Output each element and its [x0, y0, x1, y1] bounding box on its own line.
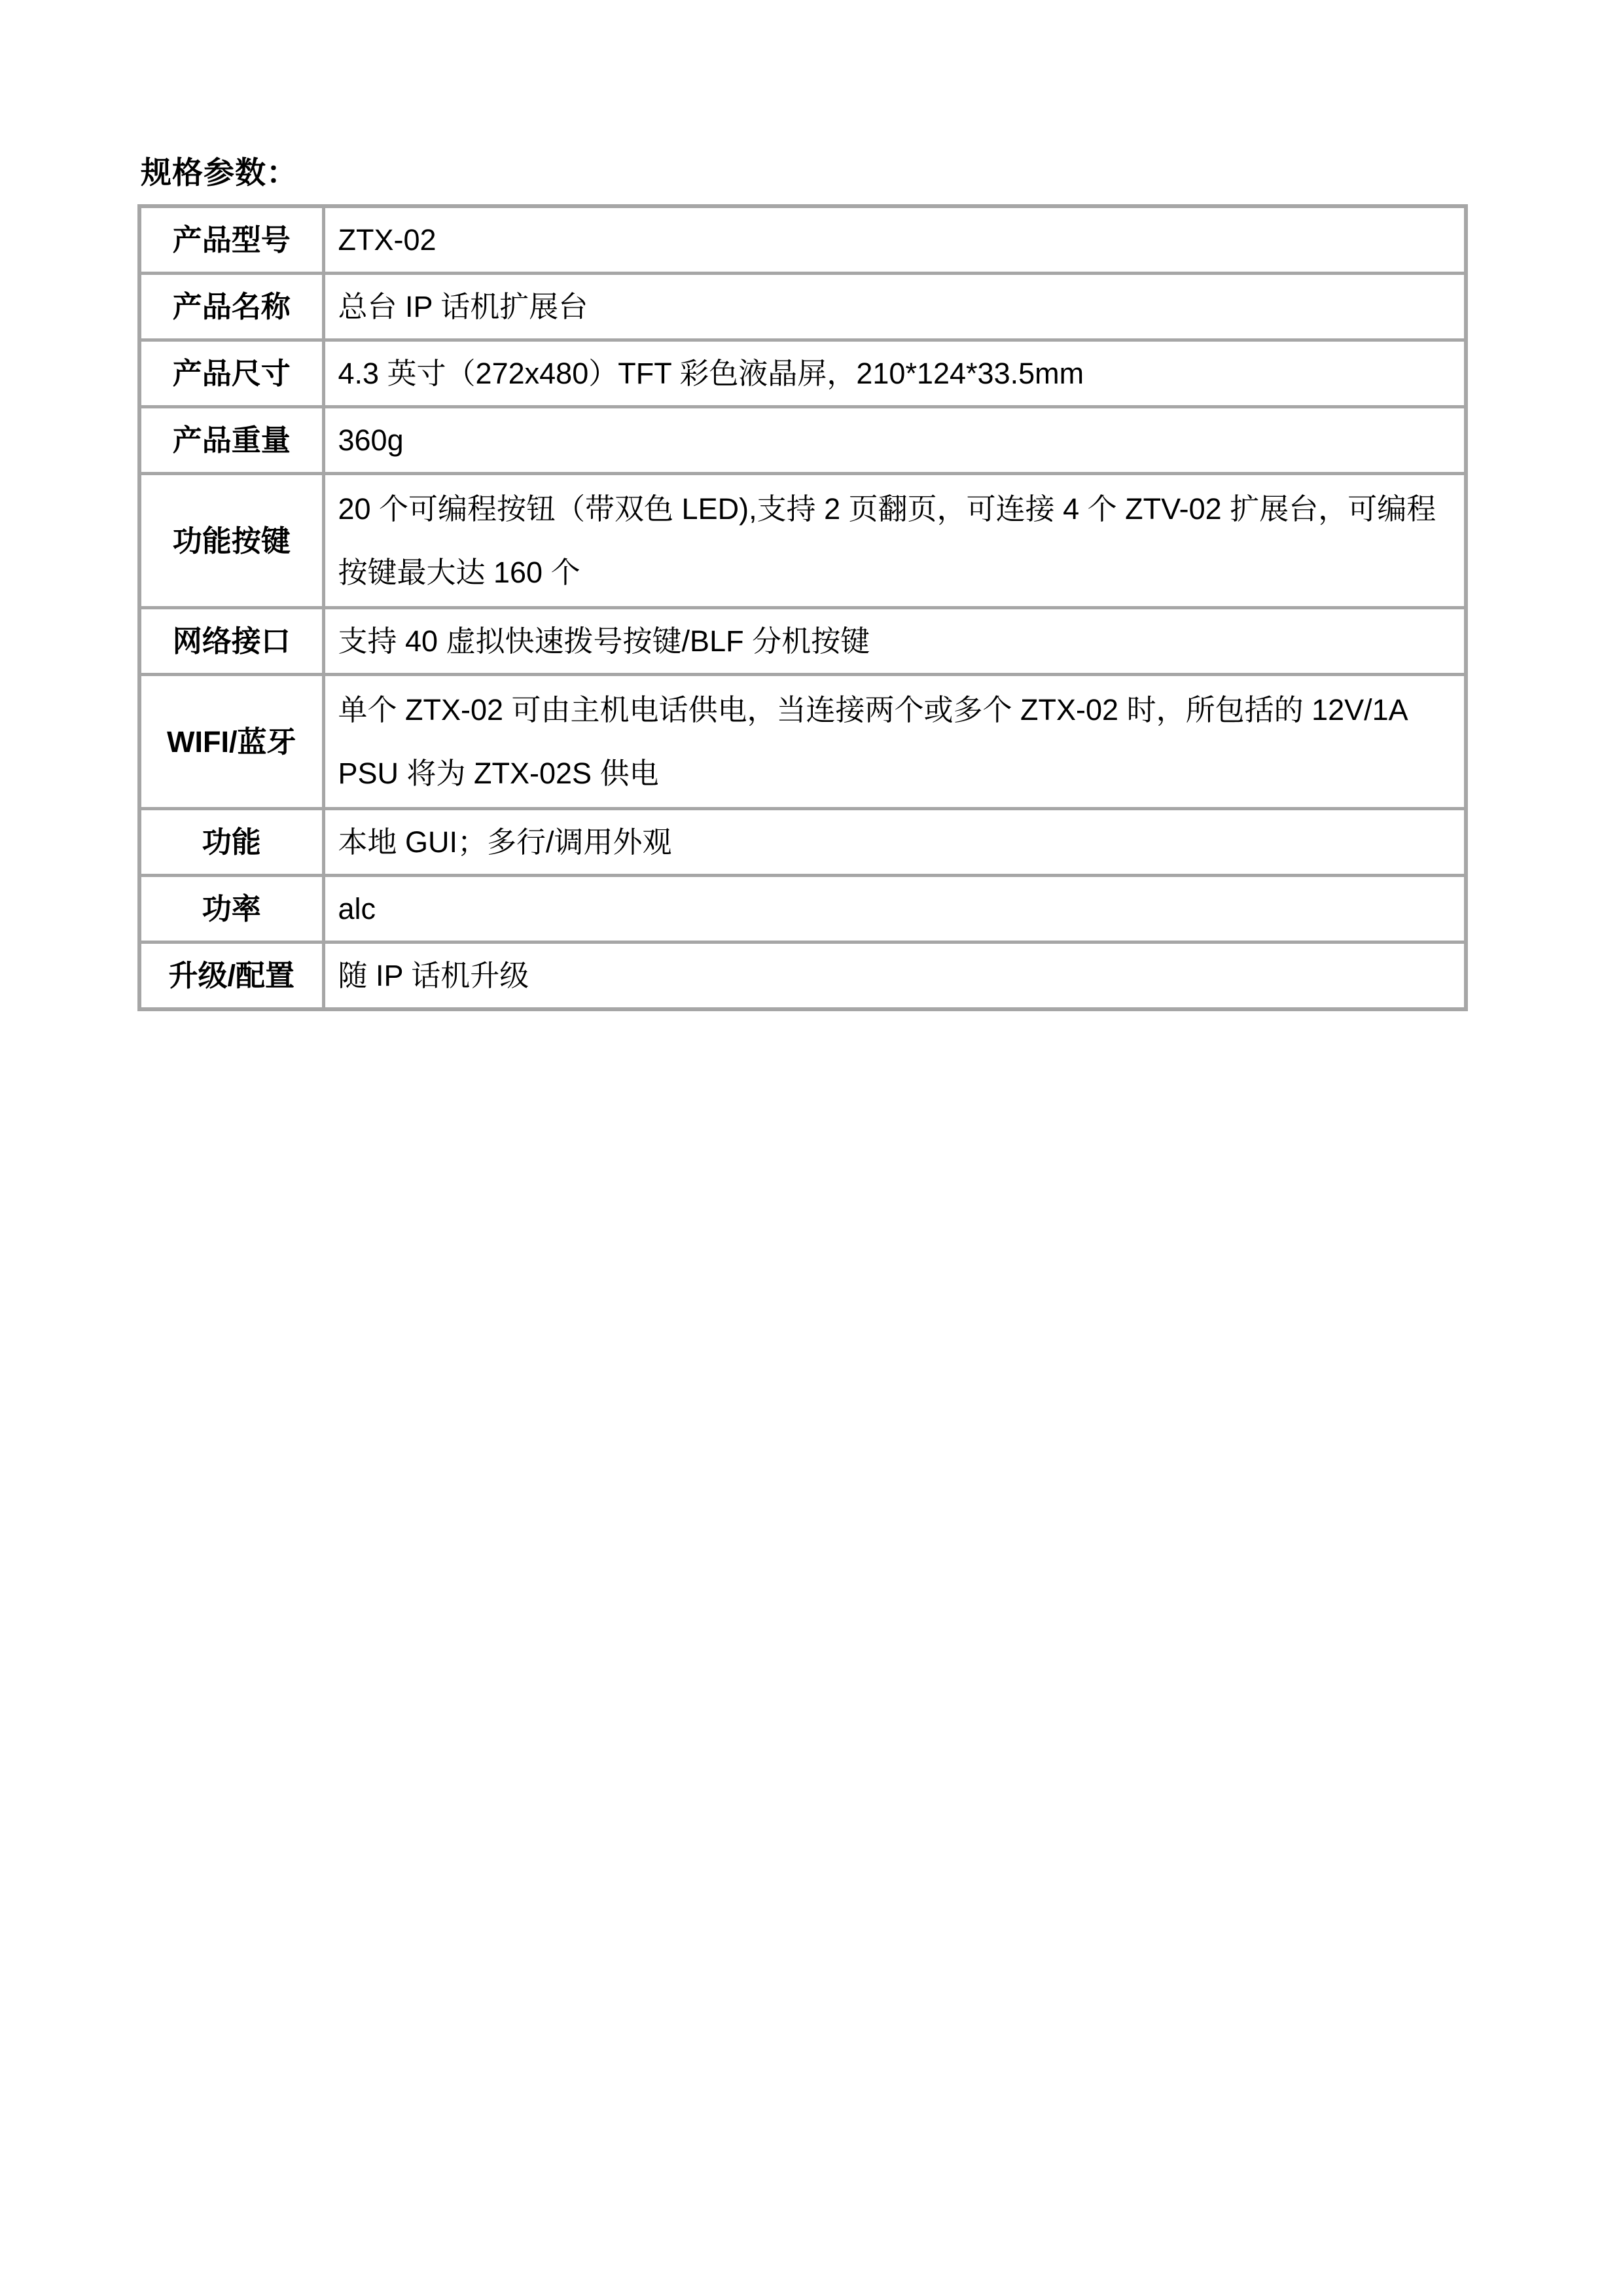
table-row: 功能 本地 GUI；多行/调用外观 [139, 809, 1466, 876]
table-row: 产品型号 ZTX-02 [139, 206, 1466, 274]
spec-value: 随 IP 话机升级 [323, 942, 1466, 1010]
spec-label: 功能 [139, 809, 323, 876]
spec-value: alc [323, 876, 1466, 942]
table-row: 产品重量 360g [139, 407, 1466, 474]
table-row: 产品尺寸 4.3 英寸（272x480）TFT 彩色液晶屏，210*124*33… [139, 340, 1466, 407]
spec-label: 升级/配置 [139, 942, 323, 1010]
spec-label: 网络接口 [139, 608, 323, 675]
spec-label: 产品尺寸 [139, 340, 323, 407]
spec-label: 功率 [139, 876, 323, 942]
spec-value: 4.3 英寸（272x480）TFT 彩色液晶屏，210*124*33.5mm [323, 340, 1466, 407]
table-row: 功能按键 20 个可编程按钮（带双色 LED),支持 2 页翻页，可连接 4 个… [139, 474, 1466, 608]
table-row: 功率 alc [139, 876, 1466, 942]
page-title: 规格参数： [141, 156, 1468, 190]
spec-value: 20 个可编程按钮（带双色 LED),支持 2 页翻页，可连接 4 个 ZTV-… [323, 474, 1466, 608]
spec-label: 产品重量 [139, 407, 323, 474]
spec-value: 360g [323, 407, 1466, 474]
spec-value: 支持 40 虚拟快速拨号按键/BLF 分机按键 [323, 608, 1466, 675]
spec-label: 产品名称 [139, 274, 323, 340]
document-page: 规格参数： 产品型号 ZTX-02 产品名称 总台 IP 话机扩展台 产品尺寸 … [0, 0, 1623, 1011]
table-row: 升级/配置 随 IP 话机升级 [139, 942, 1466, 1010]
table-row: 网络接口 支持 40 虚拟快速拨号按键/BLF 分机按键 [139, 608, 1466, 675]
spec-table: 产品型号 ZTX-02 产品名称 总台 IP 话机扩展台 产品尺寸 4.3 英寸… [137, 204, 1468, 1011]
spec-value: 本地 GUI；多行/调用外观 [323, 809, 1466, 876]
table-row: 产品名称 总台 IP 话机扩展台 [139, 274, 1466, 340]
spec-label: WIFI/蓝牙 [139, 675, 323, 809]
table-row: WIFI/蓝牙 单个 ZTX-02 可由主机电话供电，当连接两个或多个 ZTX-… [139, 675, 1466, 809]
spec-label: 产品型号 [139, 206, 323, 274]
spec-value: 单个 ZTX-02 可由主机电话供电，当连接两个或多个 ZTX-02 时，所包括… [323, 675, 1466, 809]
spec-label: 功能按键 [139, 474, 323, 608]
spec-value: ZTX-02 [323, 206, 1466, 274]
spec-value: 总台 IP 话机扩展台 [323, 274, 1466, 340]
